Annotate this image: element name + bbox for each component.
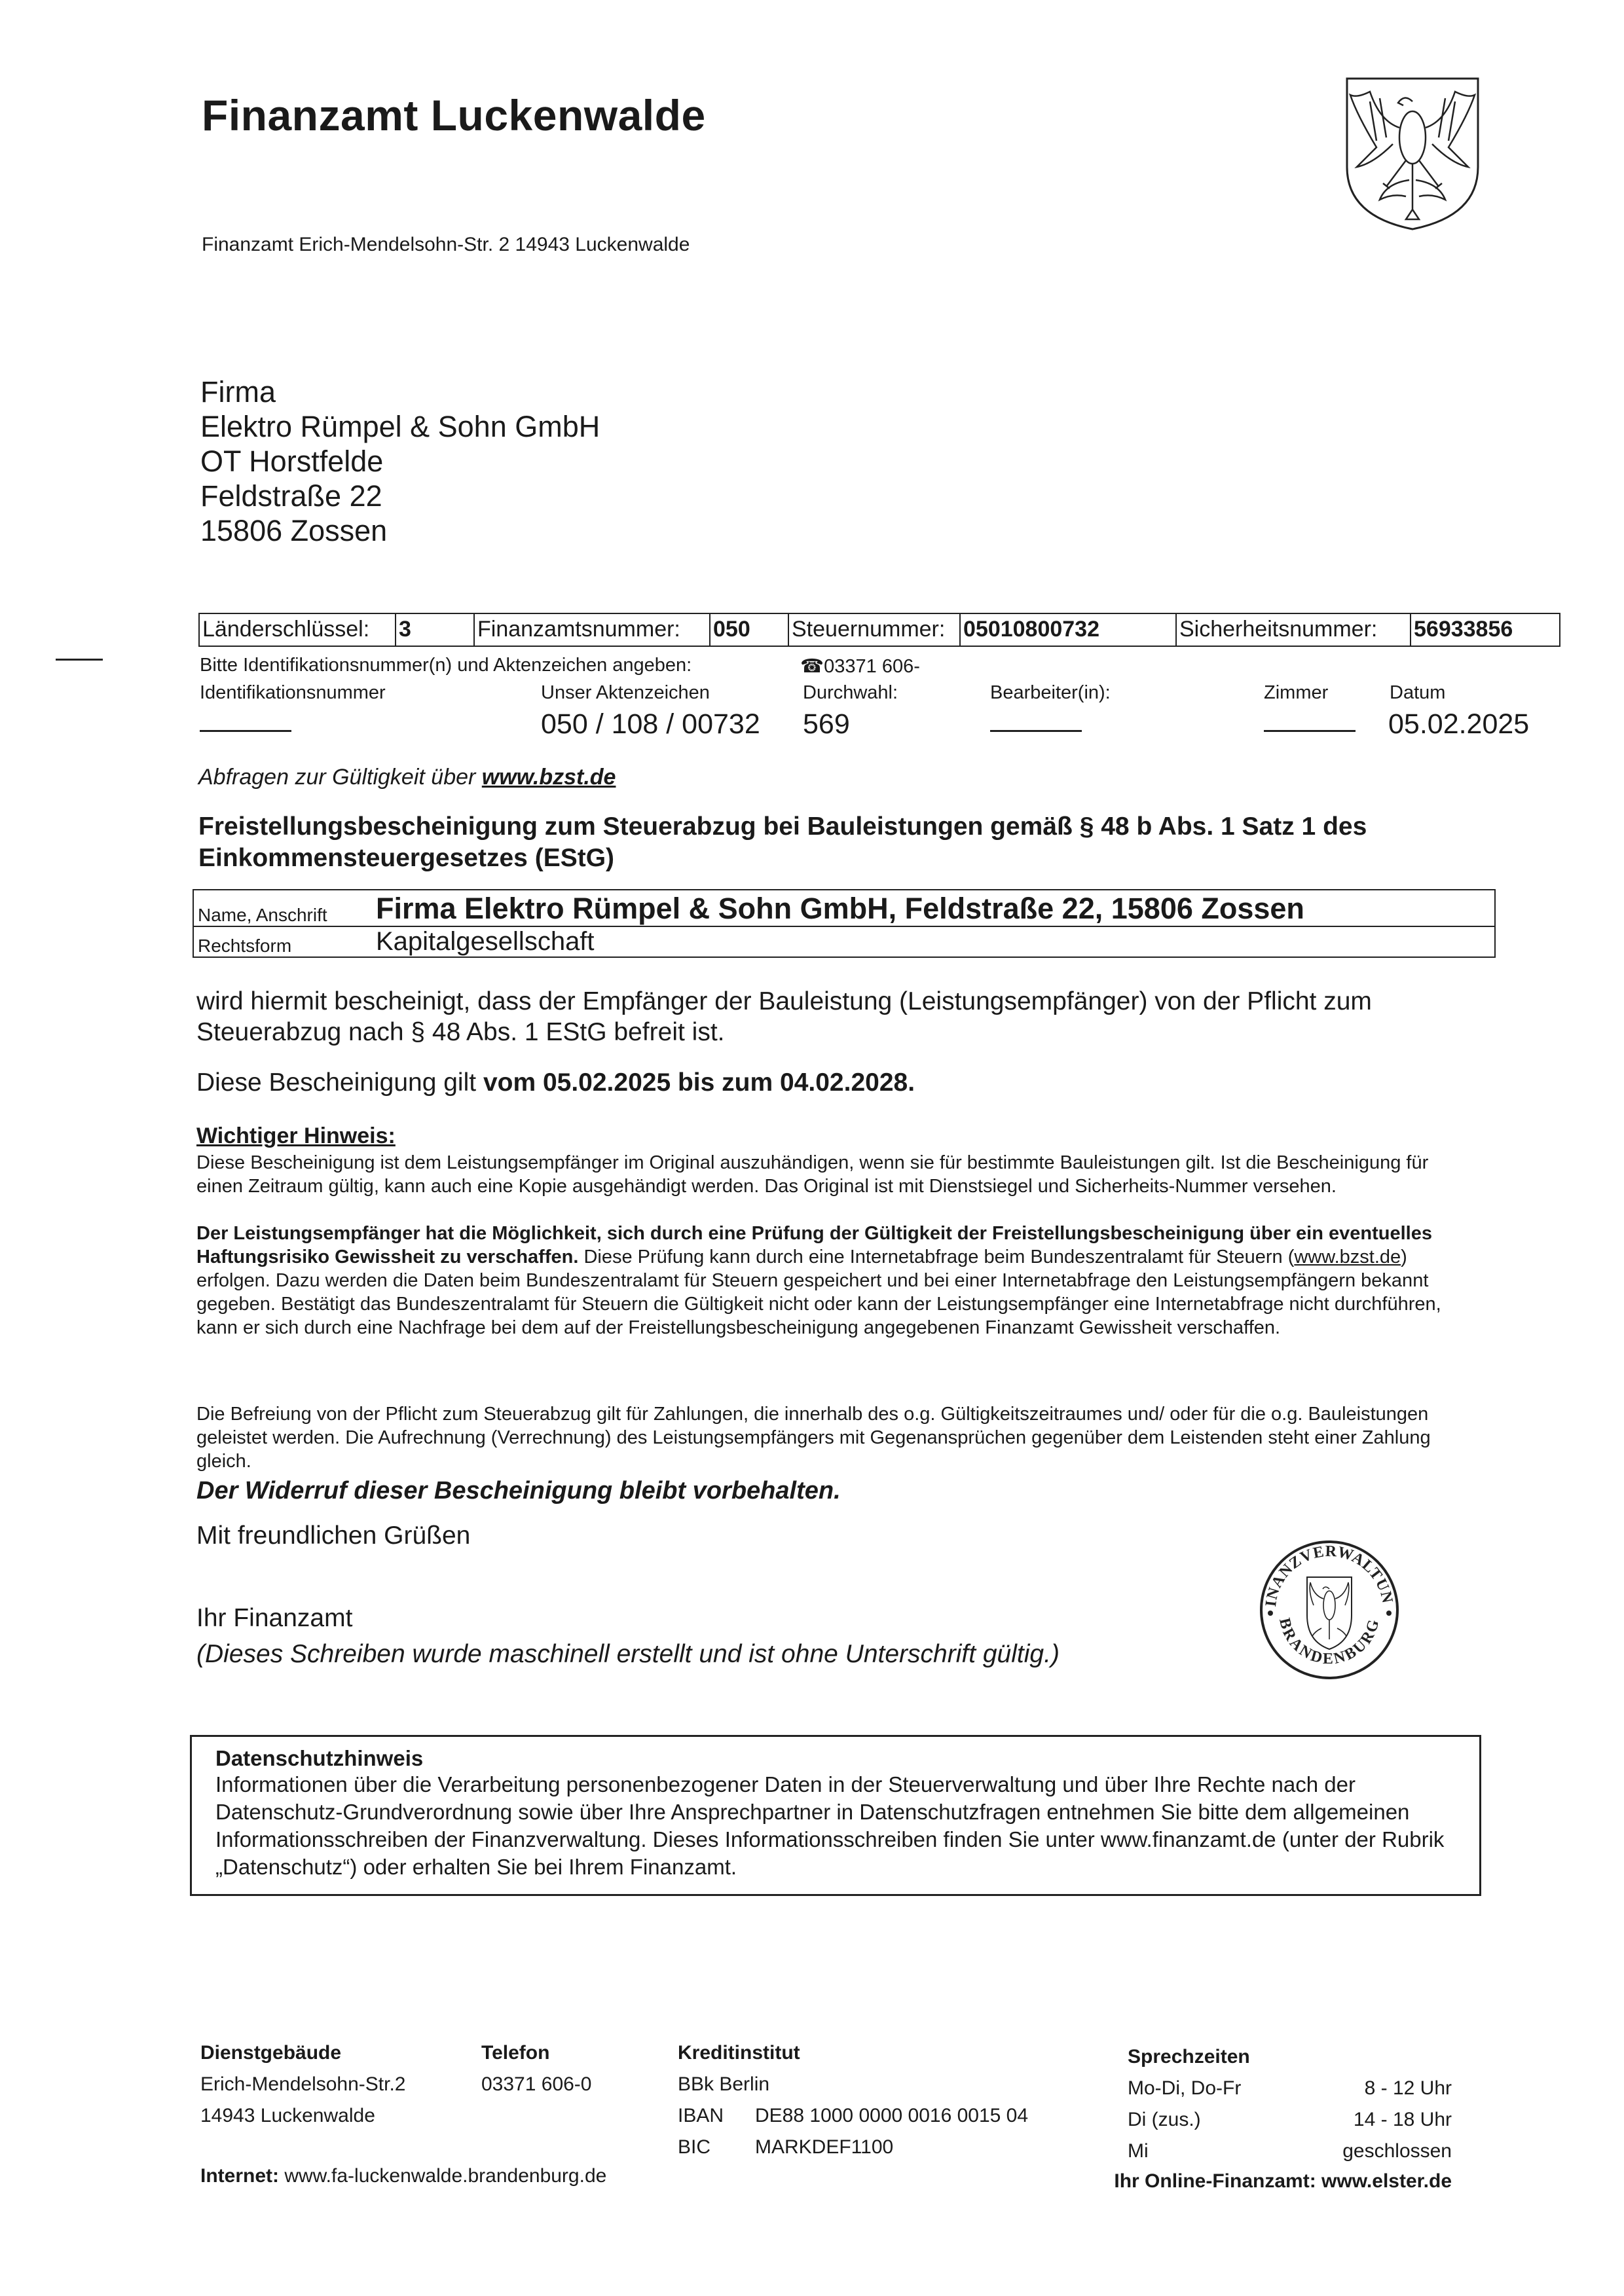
privacy-notice-box: Datenschutzhinweis Informationen über di… (190, 1735, 1481, 1896)
legal-form-label: Rechtsform (193, 926, 372, 957)
date-label: Datum (1390, 682, 1445, 704)
extension-value: 569 (803, 708, 850, 740)
sicherheitsnummer-value: 56933856 (1411, 614, 1559, 646)
finanzamtsnummer-label: Finanzamtsnummer: (475, 614, 710, 646)
recipient-address: Firma Elektro Rümpel & Sohn GmbH OT Hors… (200, 374, 600, 548)
bic-value: MARKDEF1100 (755, 2136, 893, 2158)
validity-query-line: Abfragen zur Gültigkeit über www.bzst.de (198, 765, 616, 790)
date-value: 05.02.2025 (1388, 708, 1529, 740)
tax-reference-box: Länderschlüssel: 3 Finanzamtsnummer: 050… (198, 613, 1560, 647)
name-address-value: Firma Elektro Rümpel & Sohn GmbH, Feldst… (372, 890, 1495, 926)
office-website-link[interactable]: www.fa-luckenwalde.brandenburg.de (284, 2165, 606, 2187)
recipient-line: Elektro Rümpel & Sohn GmbH (200, 409, 600, 444)
table-row: Rechtsform Kapitalgesellschaft (193, 926, 1495, 957)
fold-mark (56, 659, 103, 661)
laenderschluessel-value: 3 (396, 614, 475, 646)
validity-dates: vom 05.02.2025 bis zum 04.02.2028. (483, 1068, 915, 1097)
bzst-link[interactable]: www.bzst.de (482, 765, 616, 790)
notice-paragraph-2: Der Leistungsempfänger hat die Möglichke… (196, 1222, 1480, 1339)
telephone-icon: ☎ (800, 656, 824, 677)
signature: Ihr Finanzamt (196, 1604, 352, 1633)
footer-phone: Telefon 03371 606-0 (481, 2037, 592, 2100)
privacy-text: Informationen über die Verarbeitung pers… (215, 1771, 1456, 1881)
steuernummer-value: 05010800732 (961, 614, 1177, 646)
bzst-link-inline[interactable]: www.bzst.de (1294, 1247, 1401, 1267)
greeting: Mit freundlichen Grüßen (196, 1522, 470, 1550)
sender-address-line: Finanzamt Erich-Mendelsohn-Str. 2 14943 … (202, 234, 690, 256)
notice-heading: Wichtiger Hinweis: (196, 1123, 396, 1149)
room-label: Zimmer (1264, 682, 1328, 704)
footer-bank: Kreditinstitut BBk Berlin IBANDE88 1000 … (678, 2037, 1028, 2163)
footer-office-hours: Sprechzeiten Mo-Di, Do-Fr8 - 12 Uhr Di (… (1128, 2041, 1452, 2167)
recipient-line: Firma (200, 374, 600, 409)
laenderschluessel-label: Länderschlüssel: (200, 614, 396, 646)
steuernummer-label: Steuernummer: (789, 614, 961, 646)
file-number-value: 050 / 108 / 00732 (541, 708, 760, 740)
reference-hint: Bitte Identifikationsnummer(n) und Akten… (200, 655, 692, 676)
entity-table: Name, Anschrift Firma Elektro Rümpel & S… (193, 889, 1496, 958)
room-empty-dash (1264, 730, 1356, 732)
certificate-title: Freistellungsbescheinigung zum Steuerabz… (198, 811, 1508, 874)
recipient-line: Feldstraße 22 (200, 479, 600, 513)
file-number-label: Unser Aktenzeichen (541, 682, 710, 704)
notice-paragraph-1: Diese Bescheinigung ist dem Leistungsemp… (196, 1151, 1480, 1198)
sicherheitsnummer-label: Sicherheitsnummer: (1177, 614, 1411, 646)
footer-building: Dienstgebäude Erich-Mendelsohn-Str.2 149… (200, 2037, 405, 2132)
brandenburg-eagle-crest-icon (1344, 75, 1481, 232)
footer-internet: Internet: www.fa-luckenwalde.brandenburg… (200, 2160, 606, 2192)
validity-period: Diese Bescheinigung gilt vom 05.02.2025 … (196, 1067, 1506, 1098)
legal-form-value: Kapitalgesellschaft (372, 926, 1495, 957)
iban-value: DE88 1000 0000 0016 0015 04 (755, 2105, 1028, 2126)
office-title: Finanzamt Luckenwalde (202, 90, 706, 140)
machine-generated-note: (Dieses Schreiben wurde maschinell erste… (196, 1640, 1060, 1669)
extension-label: Durchwahl: (803, 682, 898, 704)
name-address-label: Name, Anschrift (193, 890, 372, 926)
notice-paragraph-3: Die Befreiung von der Pflicht zum Steuer… (196, 1402, 1480, 1473)
official-seal-icon: FINANZVERWALTUNG BRANDENBURG (1256, 1537, 1403, 1684)
id-number-empty-dash (200, 730, 291, 732)
recipient-line: 15806 Zossen (200, 513, 600, 548)
privacy-heading: Datenschutzhinweis (215, 1746, 1456, 1771)
phone-prefix: ☎03371 606- (800, 655, 920, 678)
finanzamtsnummer-value: 050 (710, 614, 789, 646)
revocation-note: Der Widerruf dieser Bescheinigung bleibt… (196, 1477, 841, 1505)
table-row: Name, Anschrift Firma Elektro Rümpel & S… (193, 890, 1495, 926)
recipient-line: OT Horstfelde (200, 444, 600, 479)
clerk-empty-dash (990, 730, 1082, 732)
exemption-statement: wird hiermit bescheinigt, dass der Empfä… (196, 986, 1506, 1048)
online-office-link[interactable]: Ihr Online-Finanzamt: www.elster.de (982, 2166, 1452, 2197)
clerk-label: Bearbeiter(in): (990, 682, 1111, 704)
id-number-label: Identifikationsnummer (200, 682, 386, 704)
